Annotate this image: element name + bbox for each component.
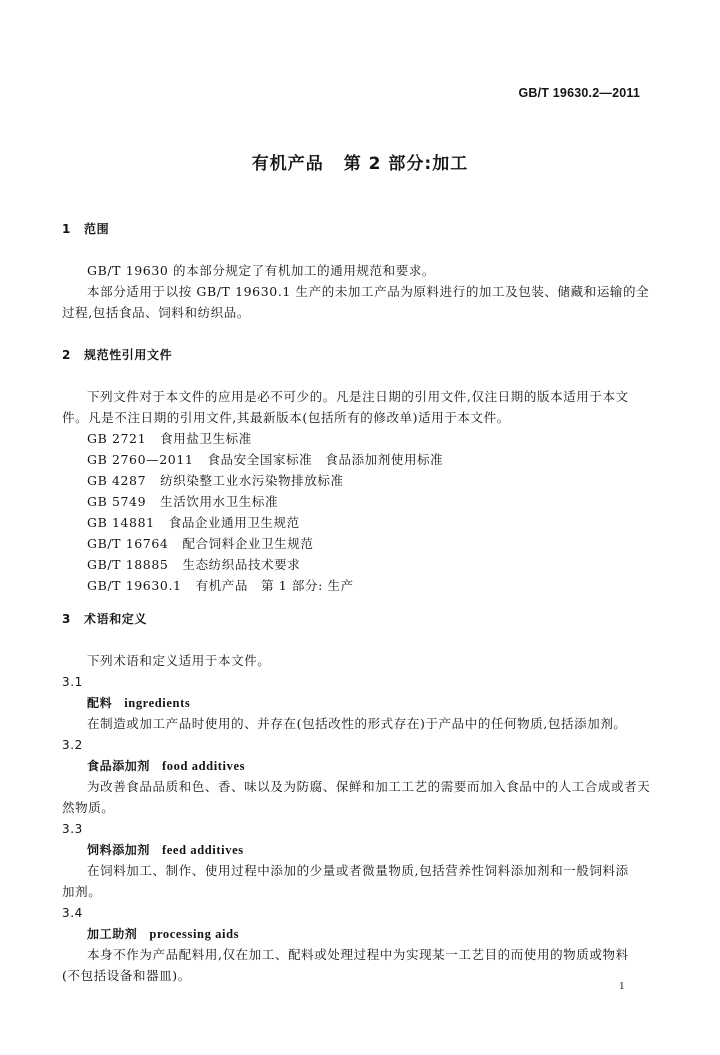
document-title: 有机产品第 2 部分:加工	[0, 149, 720, 174]
term-definition: 在饲料加工、制作、使用过程中添加的少量或者微量物质,包括营养性饲料添加剂和一般饲…	[87, 862, 629, 880]
section-1-paragraph: GB/T 19630 的本部分规定了有机加工的通用规范和要求。	[87, 262, 435, 280]
term-definition: 本身不作为产品配料用,仅在加工、配料或处理过程中为实现某一工艺目的而使用的物质或…	[87, 946, 629, 964]
term-number: 3.3	[62, 820, 83, 838]
reference-item: GB 2760—2011食品安全国家标准 食品添加剂使用标准	[87, 451, 443, 469]
term-definition: (不包括设备和器皿)。	[62, 967, 191, 985]
section-1-paragraph: 本部分适用于以按 GB/T 19630.1 生产的未加工产品为原料进行的加工及包…	[87, 283, 649, 301]
section-2-intro: 件。凡是不注日期的引用文件,其最新版本(包括所有的修改单)适用于本文件。	[62, 409, 510, 427]
section-2-heading: 2规范性引用文件	[62, 346, 172, 364]
title-part-2: 第 2 部分:加工	[344, 154, 468, 174]
standard-code: GB/T 19630.2—2011	[518, 86, 640, 100]
document-page: GB/T 19630.2—2011 有机产品第 2 部分:加工 1范围 GB/T…	[0, 0, 720, 1055]
section-1-heading: 1范围	[62, 220, 109, 238]
term-definition: 然物质。	[62, 799, 114, 817]
term-number: 3.4	[62, 904, 83, 922]
section-3-intro: 下列术语和定义适用于本文件。	[87, 652, 270, 670]
section-1-paragraph: 过程,包括食品、饲料和纺织品。	[62, 304, 250, 322]
term-number: 3.2	[62, 736, 83, 754]
term-heading: 饲料添加剂feed additives	[87, 841, 244, 859]
term-number: 3.1	[62, 673, 83, 691]
term-heading: 加工助剂processing aids	[87, 925, 239, 943]
term-definition: 为改善食品品质和色、香、味以及为防腐、保鲜和加工工艺的需要而加入食品中的人工合成…	[87, 778, 650, 796]
reference-item: GB 4287纺织染整工业水污染物排放标准	[87, 472, 344, 490]
term-heading: 配料ingredients	[87, 694, 190, 712]
reference-item: GB/T 18885生态纺织品技术要求	[87, 556, 300, 574]
page-number: 1	[619, 980, 625, 992]
reference-item: GB 2721食用盐卫生标准	[87, 430, 252, 448]
reference-item: GB/T 16764配合饲料企业卫生规范	[87, 535, 313, 553]
title-part-1: 有机产品	[252, 154, 324, 174]
section-3-heading: 3术语和定义	[62, 610, 147, 628]
term-definition: 在制造或加工产品时使用的、并存在(包括改性的形式存在)于产品中的任何物质,包括添…	[87, 715, 627, 733]
term-definition: 加剂。	[62, 883, 101, 901]
reference-item: GB 14881食品企业通用卫生规范	[87, 514, 300, 532]
reference-item: GB/T 19630.1有机产品 第 1 部分: 生产	[87, 577, 354, 595]
reference-item: GB 5749生活饮用水卫生标准	[87, 493, 278, 511]
term-heading: 食品添加剂food additives	[87, 757, 245, 775]
section-2-intro: 下列文件对于本文件的应用是必不可少的。凡是注日期的引用文件,仅注日期的版本适用于…	[87, 388, 629, 406]
